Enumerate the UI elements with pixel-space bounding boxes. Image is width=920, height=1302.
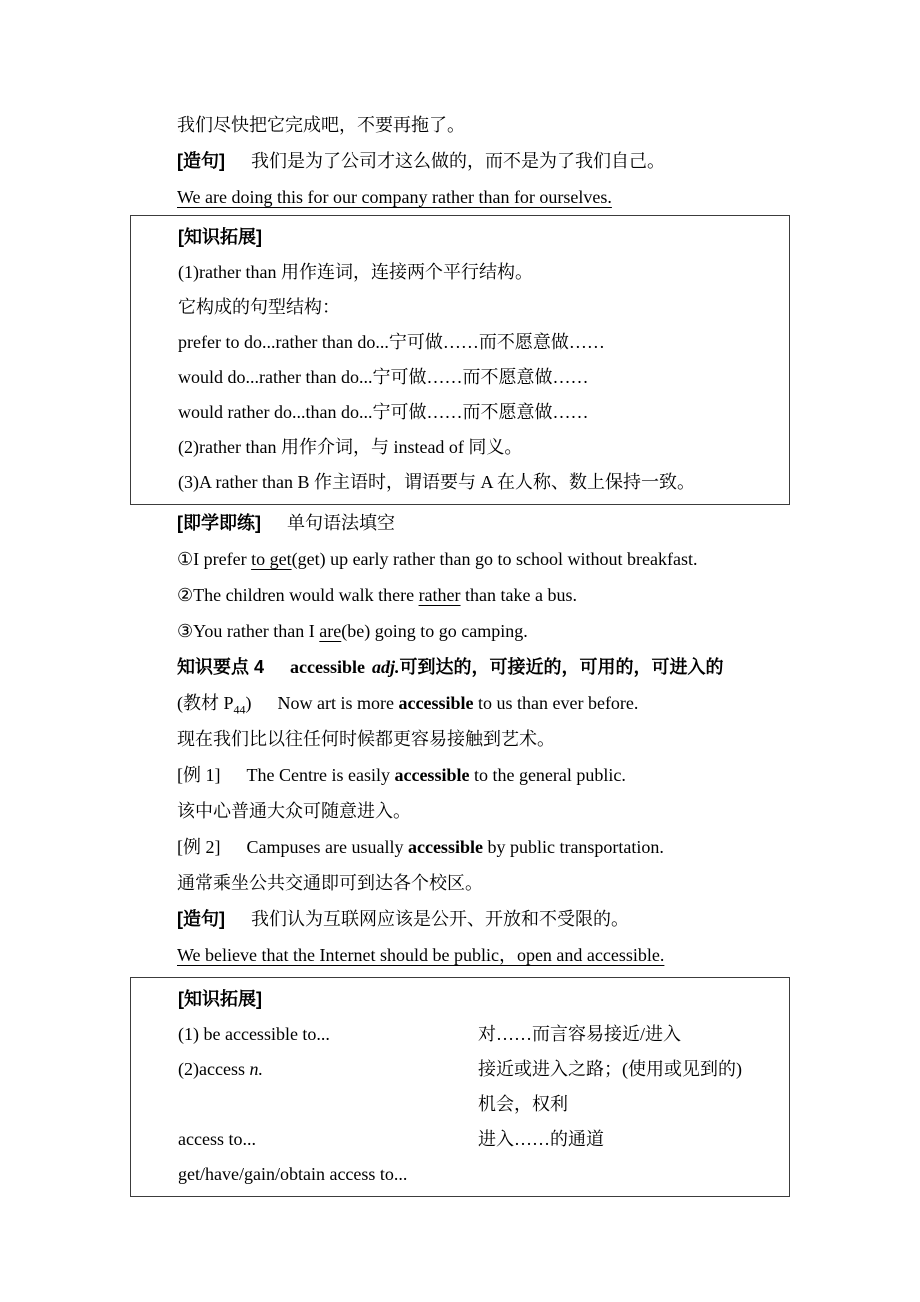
textbook-sentence-pre: Now art is more <box>278 693 399 713</box>
box2-row-1-phrase: (1) be accessible to... <box>178 1017 478 1052</box>
box2-row-3: access to...进入……的通道 <box>131 1122 789 1157</box>
box2-row-2-phrase: (2)access n. <box>178 1052 478 1087</box>
document-page: 我们尽快把它完成吧，不要再拖了。 [造句]我们是为了公司才这么做的，而不是为了我… <box>130 107 790 1197</box>
keypoint-heading: 知识要点 4accessibleadj.可到达的，可接近的，可用的，可进入的 <box>130 649 790 685</box>
box1-title: [知识拓展] <box>178 227 262 247</box>
zaoju2-text: 我们认为互联网应该是公开、开放和不受限的。 <box>251 909 629 929</box>
practice-item-2-pre: ②The children would walk there <box>177 585 419 605</box>
zaoju2-label: [造句] <box>177 909 225 929</box>
practice-header-line: [即学即练]单句语法填空 <box>130 505 790 541</box>
box1-title-line: [知识拓展] <box>131 220 789 255</box>
box2-row-2-cont-spacer <box>178 1087 478 1122</box>
practice-item-3-pre: ③You rather than I <box>177 621 319 641</box>
box1-text-1: (1)rather than 用作连词，连接两个平行结构。 <box>178 262 533 282</box>
zaoju-line: [造句]我们是为了公司才这么做的，而不是为了我们自己。 <box>130 143 790 179</box>
translation-text: 我们尽快把它完成吧，不要再拖了。 <box>177 115 465 135</box>
practice-label: [即学即练] <box>177 513 261 533</box>
box2-row-2-meaning: 接近或进入之路；(使用或见到的) <box>478 1052 742 1087</box>
zaoju-english-text: We are doing this for our company rather… <box>177 187 612 207</box>
box1-line-7: (3)A rather than B 作主语时，谓语要与 A 在人称、数上保持一… <box>131 465 789 500</box>
zaoju-label: [造句] <box>177 151 225 171</box>
practice-item-3-answer: are <box>319 621 341 641</box>
example-1-pre: The Centre is easily <box>247 765 395 785</box>
example-2-post: by public transportation. <box>483 837 664 857</box>
box1-line-1: (1)rather than 用作连词，连接两个平行结构。 <box>131 255 789 290</box>
translation-line: 我们尽快把它完成吧，不要再拖了。 <box>130 107 790 143</box>
textbook-source-post: ) <box>246 693 252 713</box>
example-2-bold: accessible <box>408 837 483 857</box>
keypoint-meaning: 可到达的，可接近的，可用的，可进入的 <box>400 657 724 677</box>
box2-row-1: (1) be accessible to...对……而言容易接近/进入 <box>131 1017 789 1052</box>
practice-subtitle: 单句语法填空 <box>287 513 395 533</box>
example-1-line: [例 1]The Centre is easily accessible to … <box>130 757 790 793</box>
box2-row-2-pos: n. <box>249 1059 263 1079</box>
box2-row-1-meaning: 对……而言容易接近/进入 <box>478 1017 681 1052</box>
practice-item-1-pre: ①I prefer <box>177 549 251 569</box>
box1-line-6: (2)rather than 用作介词，与 instead of 同义。 <box>131 430 789 465</box>
box1-text-3: prefer to do...rather than do...宁可做……而不愿… <box>178 332 605 352</box>
zaoju-text: 我们是为了公司才这么做的，而不是为了我们自己。 <box>251 151 665 171</box>
zaoju2-english-line: We believe that the Internet should be p… <box>130 937 790 973</box>
textbook-translation-line: 现在我们比以往任何时候都更容易接触到艺术。 <box>130 721 790 757</box>
box2-row-4: get/have/gain/obtain access to... <box>131 1157 789 1192</box>
practice-item-2-post: than take a bus. <box>461 585 577 605</box>
box1-text-7: (3)A rather than B 作主语时，谓语要与 A 在人称、数上保持一… <box>178 472 695 492</box>
box2-row-3-phrase: access to... <box>178 1122 478 1157</box>
knowledge-box-rather-than: [知识拓展] (1)rather than 用作连词，连接两个平行结构。 它构成… <box>130 215 790 505</box>
practice-item-3-post: (be) going to go camping. <box>341 621 527 641</box>
textbook-source-ref: (教材 P44) <box>177 693 252 713</box>
example-2-pre: Campuses are usually <box>247 837 408 857</box>
example-2-line: [例 2]Campuses are usually accessible by … <box>130 829 790 865</box>
box2-row-2: (2)access n.接近或进入之路；(使用或见到的) <box>131 1052 789 1087</box>
textbook-translation: 现在我们比以往任何时候都更容易接触到艺术。 <box>177 729 555 749</box>
practice-item-1-answer: to get <box>251 549 292 569</box>
box2-title-line: [知识拓展] <box>131 982 789 1017</box>
practice-item-2: ②The children would walk there rather th… <box>130 577 790 613</box>
box2-row-2-cont: 机会，权利 <box>131 1087 789 1122</box>
example-1-bold: accessible <box>394 765 469 785</box>
textbook-source-pre: (教材 P <box>177 693 234 713</box>
practice-item-3: ③You rather than I are(be) going to go c… <box>130 613 790 649</box>
example-2-translation: 通常乘坐公共交通即可到达各个校区。 <box>177 873 483 893</box>
zaoju2-line: [造句]我们认为互联网应该是公开、开放和不受限的。 <box>130 901 790 937</box>
practice-item-2-answer: rather <box>419 585 461 605</box>
box1-text-5: would rather do...than do...宁可做……而不愿意做…… <box>178 402 588 422</box>
box2-title: [知识拓展] <box>178 989 262 1009</box>
box1-text-6: (2)rather than 用作介词，与 instead of 同义。 <box>178 437 522 457</box>
practice-item-1-post: (get) up early rather than go to school … <box>292 549 698 569</box>
box2-row-2-phrase-pre: (2)access <box>178 1059 249 1079</box>
box2-row-2-meaning-cont: 机会，权利 <box>478 1087 568 1122</box>
example-1-translation: 该中心普通大众可随意进入。 <box>177 801 411 821</box>
box1-text-4: would do...rather than do...宁可做……而不愿意做…… <box>178 367 588 387</box>
zaoju-english-line: We are doing this for our company rather… <box>130 179 790 215</box>
example-1-label: [例 1] <box>177 765 221 785</box>
keypoint-word: accessible <box>290 657 365 677</box>
textbook-sentence-post: to us than ever before. <box>473 693 638 713</box>
box2-row-4-phrase: get/have/gain/obtain access to... <box>178 1157 478 1192</box>
zaoju2-english-text: We believe that the Internet should be p… <box>177 945 664 965</box>
example-1-translation-line: 该中心普通大众可随意进入。 <box>130 793 790 829</box>
knowledge-box-accessible: [知识拓展] (1) be accessible to...对……而言容易接近/… <box>130 977 790 1197</box>
keypoint-label: 知识要点 4 <box>177 657 264 677</box>
box1-text-2: 它构成的句型结构： <box>178 297 340 317</box>
box1-line-2: 它构成的句型结构： <box>131 290 789 325</box>
textbook-source-page-sub: 44 <box>234 703 246 717</box>
example-2-translation-line: 通常乘坐公共交通即可到达各个校区。 <box>130 865 790 901</box>
box1-line-4: would do...rather than do...宁可做……而不愿意做…… <box>131 360 789 395</box>
example-1-post: to the general public. <box>469 765 625 785</box>
textbook-line: (教材 P44)Now art is more accessible to us… <box>130 685 790 721</box>
keypoint-pos: adj. <box>372 657 400 677</box>
example-2-label: [例 2] <box>177 837 221 857</box>
textbook-sentence-bold: accessible <box>399 693 474 713</box>
box2-row-3-meaning: 进入……的通道 <box>478 1122 604 1157</box>
box1-line-3: prefer to do...rather than do...宁可做……而不愿… <box>131 325 789 360</box>
box1-line-5: would rather do...than do...宁可做……而不愿意做…… <box>131 395 789 430</box>
practice-item-1: ①I prefer to get(get) up early rather th… <box>130 541 790 577</box>
